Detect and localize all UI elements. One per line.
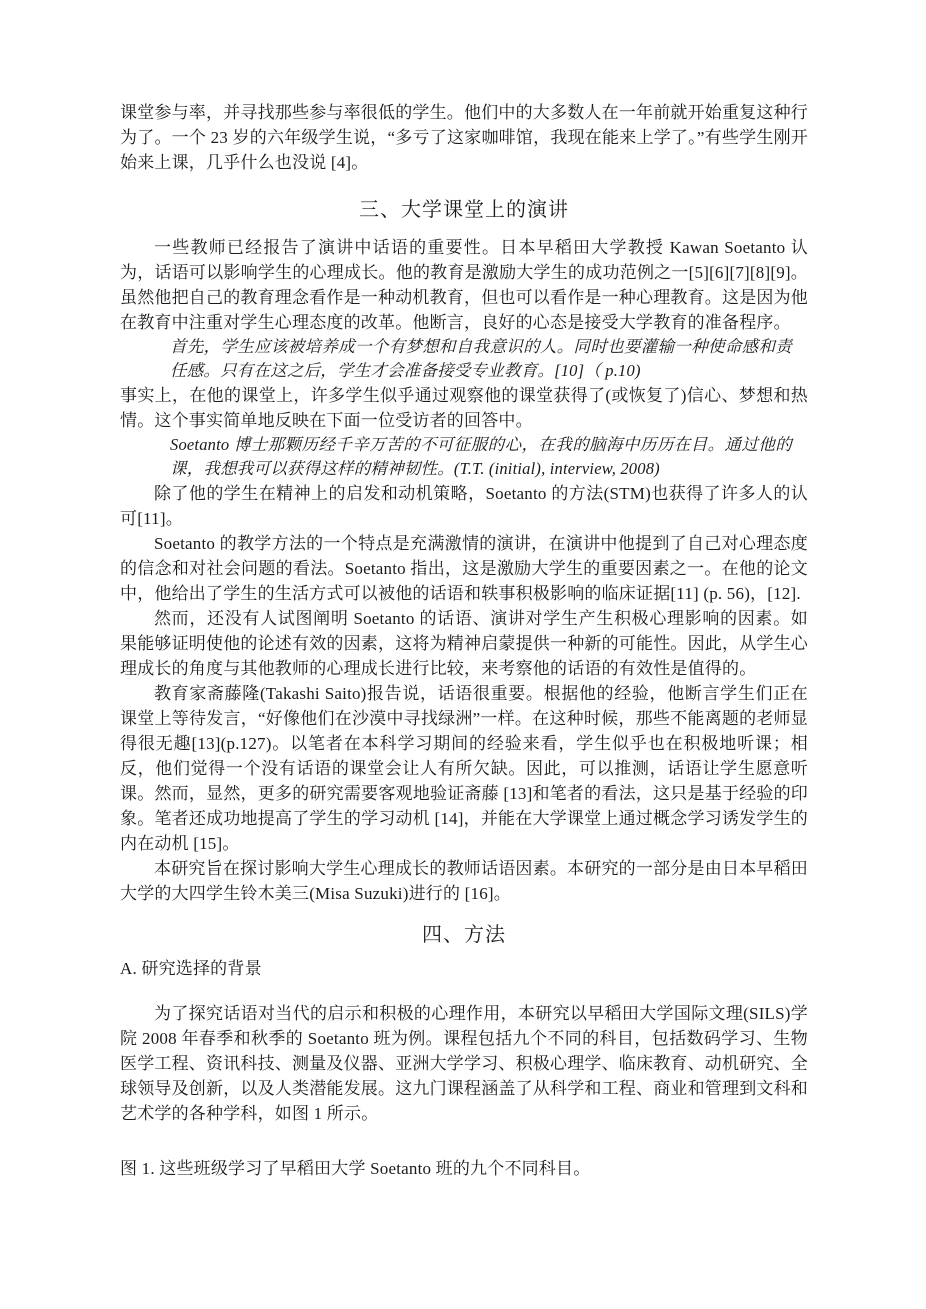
document-page: 课堂参与率，并寻找那些参与率很低的学生。他们中的大多数人在一年前就开始重复这种行… [0, 0, 926, 1309]
section-3-paragraph-7: 本研究旨在探讨影响大学生心理成长的教师话语因素。本研究的一部分是由日本早稻田大学… [120, 856, 808, 906]
section-3-paragraph-1: 一些教师已经报告了演讲中话语的重要性。日本早稻田大学教授 Kawan Soeta… [120, 235, 808, 335]
figure-1-caption: 图 1. 这些班级学习了早稻田大学 Soetanto 班的九个不同科目。 [120, 1156, 808, 1181]
section-3-paragraph-5: 然而，还没有人试图阐明 Soetanto 的话语、演讲对学生产生积极心理影响的因… [120, 606, 808, 681]
intro-paragraph: 课堂参与率，并寻找那些参与率很低的学生。他们中的大多数人在一年前就开始重复这种行… [120, 100, 808, 175]
section-3-quote-1: 首先，学生应该被培养成一个有梦想和自我意识的人。同时也要灌输一种使命感和责任感。… [170, 335, 792, 383]
section-4-heading: 四、方法 [120, 920, 808, 950]
section-3-paragraph-3: 除了他的学生在精神上的启发和动机策略，Soetanto 的方法(STM)也获得了… [120, 481, 808, 531]
section-4-paragraph-1: 为了探究话语对当代的启示和积极的心理作用，本研究以早稻田大学国际文理(SILS)… [120, 1001, 808, 1126]
section-3-paragraph-6: 教育家斋藤隆(Takashi Saito)报告说，话语很重要。根据他的经验，他断… [120, 681, 808, 856]
section-3-quote-2-interview: Soetanto 博士那颗历经千辛万苦的不可征服的心，在我的脑海中历历在目。通过… [170, 433, 792, 481]
section-3-paragraph-2: 事实上，在他的课堂上，许多学生似乎通过观察他的课堂获得了(或恢复了)信心、梦想和… [120, 383, 808, 433]
section-3-heading: 三、大学课堂上的演讲 [120, 195, 808, 225]
section-4-subsection-a-label: A. 研究选择的背景 [120, 956, 808, 981]
section-3-paragraph-4: Soetanto 的教学方法的一个特点是充满激情的演讲，在演讲中他提到了自己对心… [120, 531, 808, 606]
